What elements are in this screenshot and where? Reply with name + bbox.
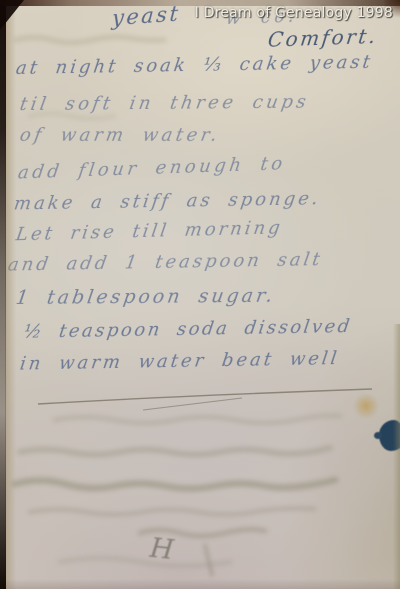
photo-edge-bottom bbox=[0, 579, 400, 589]
recipe-page-photo: yeast w co. Comfort. at night soak ⅓ cak… bbox=[0, 0, 400, 589]
photo-corner-top-left bbox=[0, 0, 24, 30]
photo-edge-right bbox=[393, 324, 400, 589]
photo-edge-left bbox=[0, 0, 6, 589]
watermark-text: I Dream of Genealogy 1998 bbox=[195, 5, 393, 21]
book-page-edge bbox=[5, 0, 16, 589]
pencil-underline bbox=[0, 0, 400, 589]
